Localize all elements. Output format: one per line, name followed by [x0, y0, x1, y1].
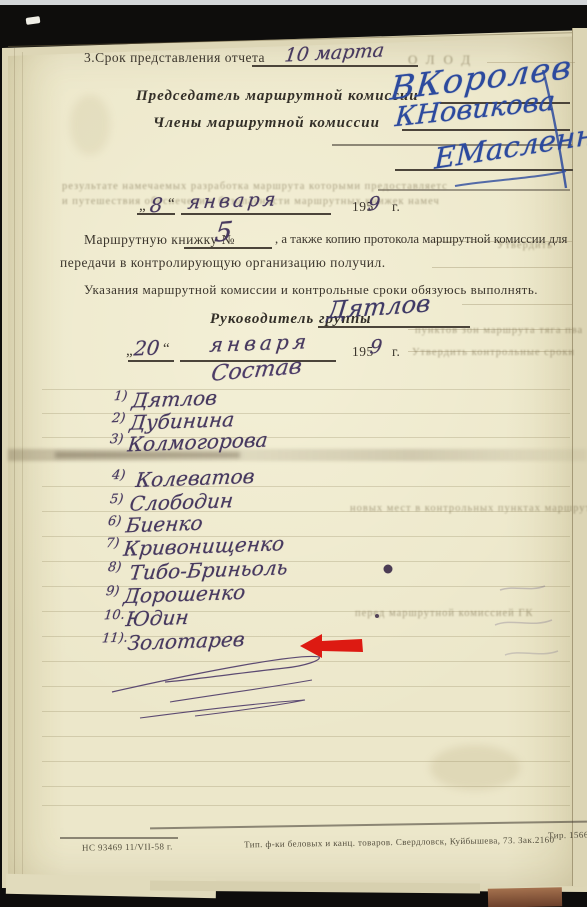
- rule-line: [42, 686, 570, 687]
- paper-speck: [26, 16, 41, 25]
- rule-line: [42, 736, 570, 737]
- bleedthrough-text: перед маршрутной комиссией ГК: [355, 608, 533, 619]
- table-surface: [488, 887, 562, 907]
- member-number: 8): [107, 560, 122, 575]
- rule-line: [42, 761, 570, 762]
- date-issued-close-quote: “: [168, 196, 175, 213]
- rule-line: [42, 536, 570, 537]
- scanner-strip: [0, 0, 587, 5]
- page-edge-line: [22, 52, 23, 880]
- bleedthrough-text: пунктов зон маршрута тяга пва: [415, 325, 583, 336]
- rule-line: [42, 661, 570, 662]
- date-issued-year-digit-handwriting: 9: [367, 193, 381, 215]
- receipt-line2: передачи в контролирующую организацию по…: [60, 255, 386, 271]
- form-line: [60, 837, 178, 839]
- member-name: Юдин: [125, 605, 190, 631]
- rule-line: [462, 304, 572, 305]
- form-line: [252, 65, 418, 67]
- member-number: 9): [105, 584, 120, 599]
- form-line: [181, 213, 331, 215]
- date-issued-month-handwriting: января: [187, 188, 280, 213]
- member-number: 2): [111, 411, 126, 426]
- member-number: 5): [109, 492, 124, 507]
- member-name: Колеватов: [134, 464, 255, 492]
- member-name: Биенко: [125, 511, 204, 538]
- rule-line: [42, 486, 570, 487]
- member-number: 10.: [103, 608, 125, 624]
- paper-stain: [430, 745, 520, 790]
- receipt-line1-suffix: , а также копию протокола маршрутной ком…: [275, 232, 567, 247]
- member-number: 1): [113, 389, 128, 404]
- date-received-month-handwriting: января: [209, 329, 312, 356]
- rule-line: [42, 786, 570, 787]
- page-edge-line: [14, 48, 15, 882]
- member-number: 11).: [101, 631, 128, 647]
- obligation-line: Указания маршрутной комиссии и контрольн…: [84, 282, 538, 298]
- rule-line: [42, 805, 570, 806]
- date-received-day-handwriting: 20: [133, 336, 161, 361]
- date-received-year-suffix: г.: [392, 344, 400, 360]
- imprint-right: Тир. 1566: [548, 830, 587, 841]
- member-name: Золотарев: [126, 627, 245, 655]
- member-name: Колмогорова: [126, 428, 269, 457]
- report-deadline-label: 3.Срок представления отчета: [84, 50, 265, 66]
- bleedthrough-text: новых мест в контрольных пунктах маршрут…: [350, 503, 587, 514]
- bleedthrough-text: Утвердить контрольные сроки: [412, 347, 575, 358]
- date-issued-open-quote: „: [139, 198, 146, 215]
- member-number: 3): [109, 432, 124, 447]
- date-issued-year-suffix: г.: [392, 199, 400, 215]
- member-number: 7): [105, 536, 120, 551]
- commission-members-label: Члены маршрутной комиссии: [153, 115, 380, 132]
- date-issued-day-handwriting: 8: [149, 193, 164, 217]
- member-number: 4): [111, 468, 126, 483]
- member-number: 6): [107, 514, 122, 529]
- imprint-left: НС 93469 11/VII-58 г.: [82, 841, 173, 852]
- date-received-close-quote: “: [163, 341, 170, 358]
- date-received-year-digit-handwriting: 9: [369, 336, 383, 358]
- form-line: [395, 169, 573, 171]
- paper-stain: [70, 95, 110, 155]
- member-name: Дорошенко: [122, 580, 246, 608]
- rule-line: [432, 267, 572, 268]
- commission-chairman-label: Председатель маршрутной комиссии: [136, 88, 419, 105]
- rule-line: [42, 586, 570, 587]
- scanned-document: результате намечаемых разработка маршрут…: [0, 0, 587, 907]
- rule-line: [42, 711, 570, 712]
